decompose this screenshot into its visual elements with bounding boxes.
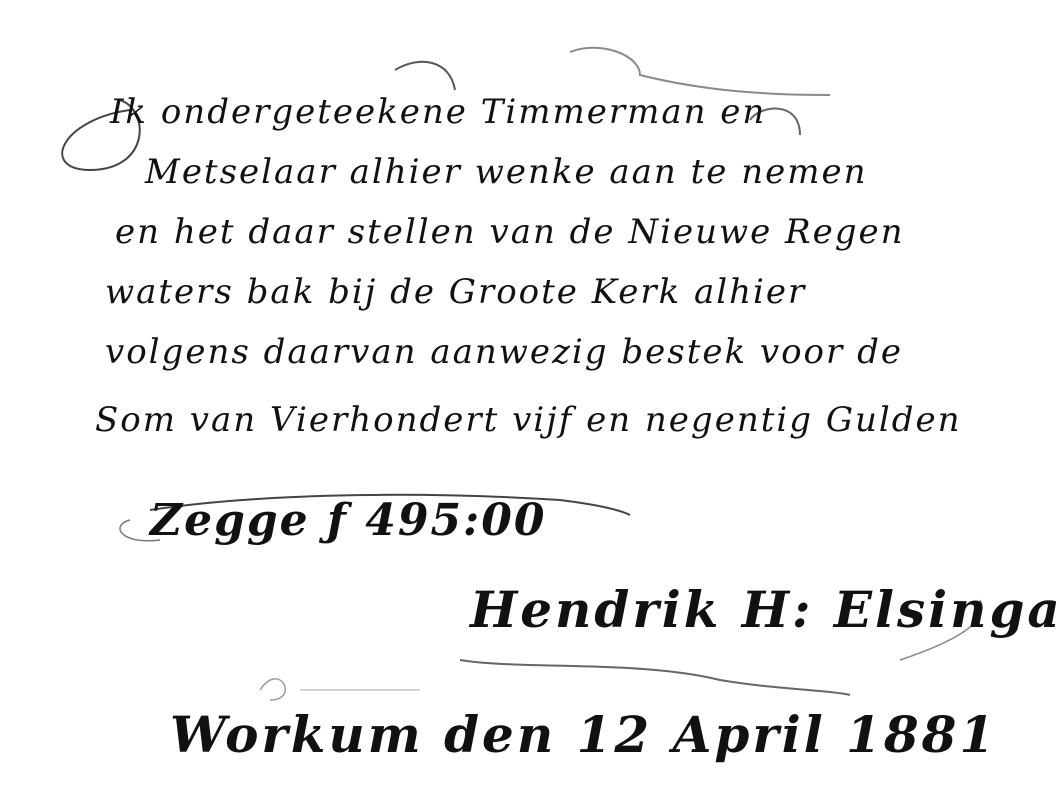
- text-line-4: waters bak bij de Groote Kerk alhier: [105, 272, 806, 312]
- amount-value: ƒ 495:00: [327, 495, 547, 546]
- amount-label: Zegge: [150, 495, 310, 546]
- place-date: Workum den 12 April 1881: [170, 705, 997, 764]
- amount-block: Zegge ƒ 495:00: [150, 495, 547, 546]
- text-line-2: Metselaar alhier wenke aan te nemen: [145, 152, 868, 192]
- text-line-6: Som van Vierhondert vijf en negentig Gul…: [95, 400, 962, 440]
- text-line-5: volgens daarvan aanwezig bestek voor de: [105, 332, 903, 372]
- text-line-1: Ik ondergeteekene Timmerman en: [110, 92, 766, 132]
- document-page: Ik ondergeteekene Timmerman en Metselaar…: [0, 0, 1059, 800]
- text-line-3: en het daar stellen van de Nieuwe Regen: [115, 212, 905, 252]
- signature: Hendrik H: Elsinga: [470, 580, 1059, 639]
